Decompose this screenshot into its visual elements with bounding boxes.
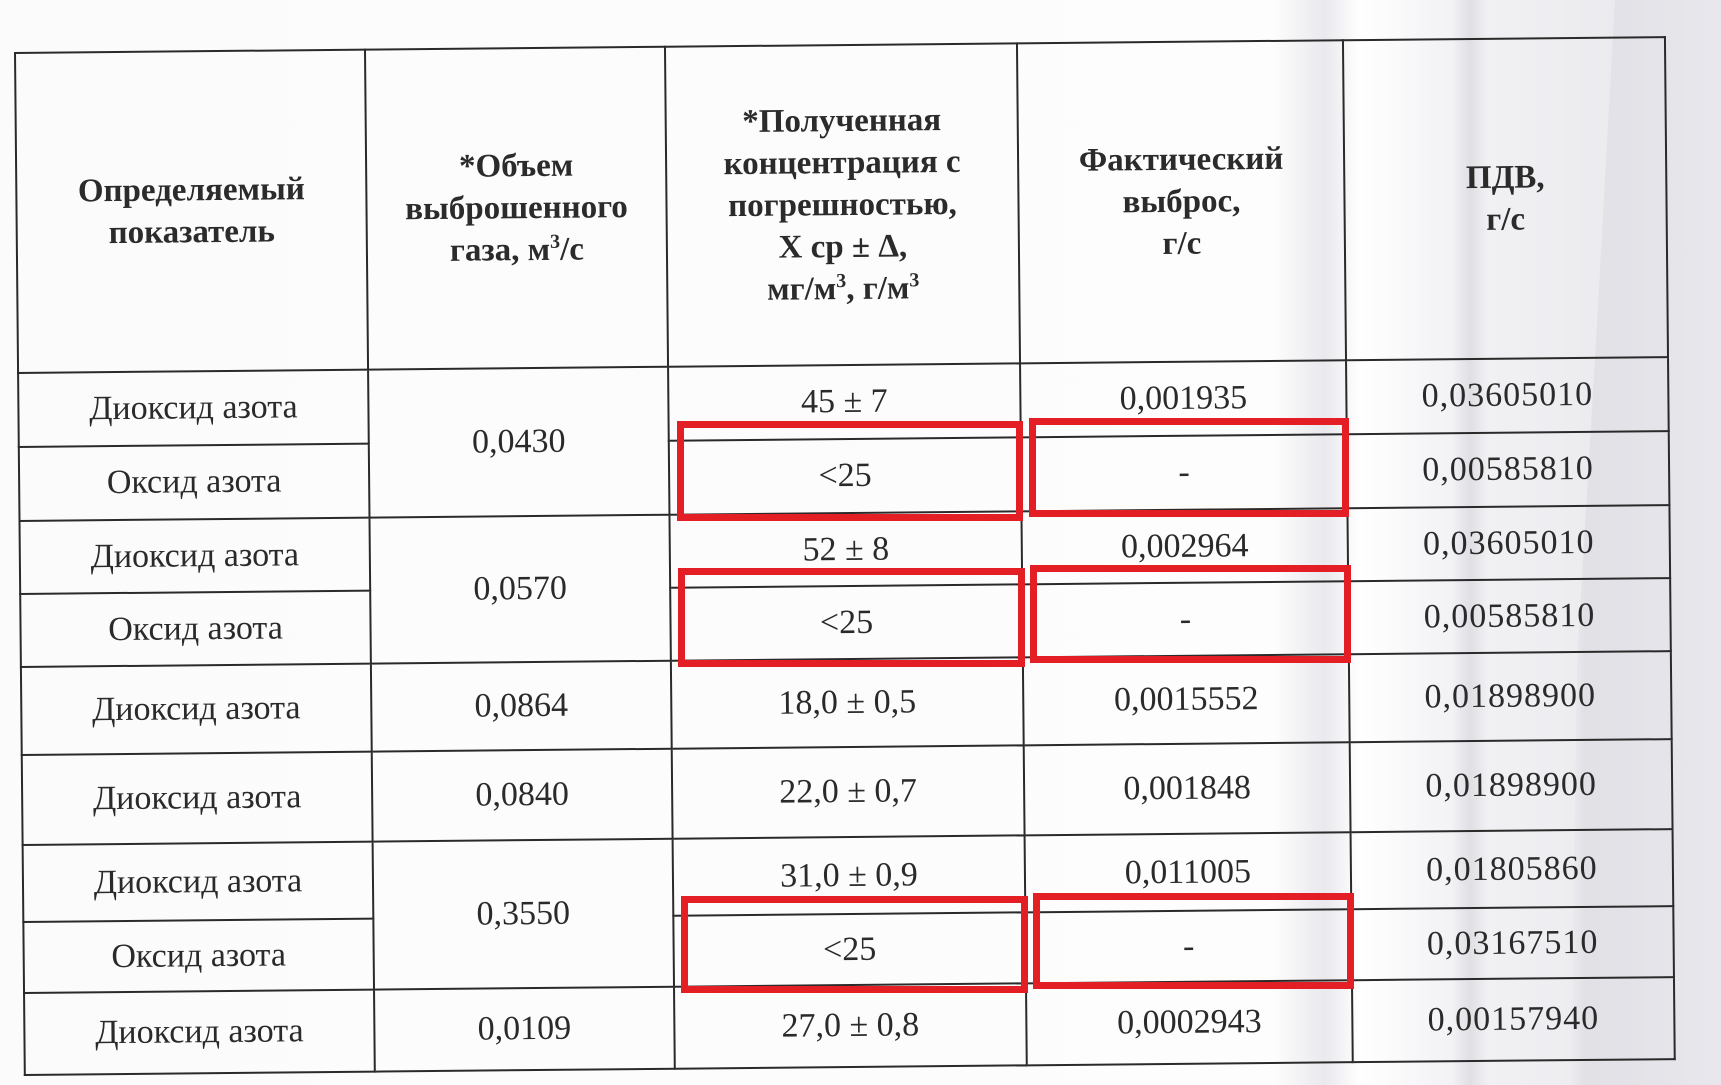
header-gas-volume: *Объем выброшенного газа, м3/с xyxy=(365,47,668,370)
highlight-box-concentration xyxy=(681,896,1028,992)
cell-pdv: 0,03167510 xyxy=(1351,906,1674,980)
cell-gas-volume: 0,0109 xyxy=(374,987,675,1072)
table-header-row: Определяемый показатель *Объем выброшенн… xyxy=(15,37,1668,373)
cell-gas-volume: 0,0864 xyxy=(371,661,672,752)
header-actual-emission: Фактический выброс, г/с xyxy=(1017,40,1346,363)
header-indicator: Определяемый показатель xyxy=(15,50,368,373)
cell-pdv: 0,00157940 xyxy=(1352,977,1675,1062)
cell-indicator: Оксид азота xyxy=(19,444,370,521)
cell-pdv: 0,00585810 xyxy=(1348,578,1671,654)
cell-pdv: 0,01898900 xyxy=(1350,739,1673,832)
cell-actual-emission: 0,001848 xyxy=(1024,742,1351,835)
cell-pdv: 0,03605010 xyxy=(1346,357,1669,434)
cell-concentration: 27,0 ± 0,8 xyxy=(674,983,1027,1068)
highlight-box-actual-emission xyxy=(1033,893,1354,989)
cell-indicator: Диоксид азота xyxy=(21,664,372,755)
highlight-box-concentration xyxy=(678,568,1025,666)
header-concentration: *Полученная концентрация с погрешностью,… xyxy=(665,43,1020,366)
cell-gas-volume: 0,3550 xyxy=(373,839,674,990)
cell-indicator: Диоксид азота xyxy=(23,842,374,922)
cell-indicator: Оксид азота xyxy=(20,591,371,667)
highlight-box-concentration xyxy=(677,421,1024,520)
cell-indicator: Диоксид азота xyxy=(24,990,375,1075)
cell-indicator: Оксид азота xyxy=(23,919,374,993)
cell-concentration: 22,0 ± 0,7 xyxy=(672,745,1025,838)
cell-gas-volume: 0,0570 xyxy=(369,515,670,664)
cell-pdv: 0,01898900 xyxy=(1349,651,1672,742)
cell-pdv: 0,00585810 xyxy=(1347,431,1670,508)
table-row: Диоксид азота0,084022,0 ± 0,70,0018480,0… xyxy=(22,739,1673,845)
cell-actual-emission: 0,0015552 xyxy=(1023,654,1350,745)
cell-gas-volume: 0,0840 xyxy=(372,749,673,842)
cell-concentration: 18,0 ± 0,5 xyxy=(671,657,1024,748)
cell-indicator: Диоксид азота xyxy=(20,518,371,594)
cell-indicator: Диоксид азота xyxy=(18,370,369,447)
cell-actual-emission: 0,0002943 xyxy=(1026,980,1353,1065)
cell-gas-volume: 0,0430 xyxy=(368,367,669,518)
highlight-box-actual-emission xyxy=(1030,565,1351,663)
cell-pdv: 0,01805860 xyxy=(1351,829,1674,909)
highlight-box-actual-emission xyxy=(1029,418,1350,517)
header-pdv: ПДВ, г/с xyxy=(1343,37,1668,360)
cell-pdv: 0,03605010 xyxy=(1347,505,1670,581)
cell-indicator: Диоксид азота xyxy=(22,752,373,845)
